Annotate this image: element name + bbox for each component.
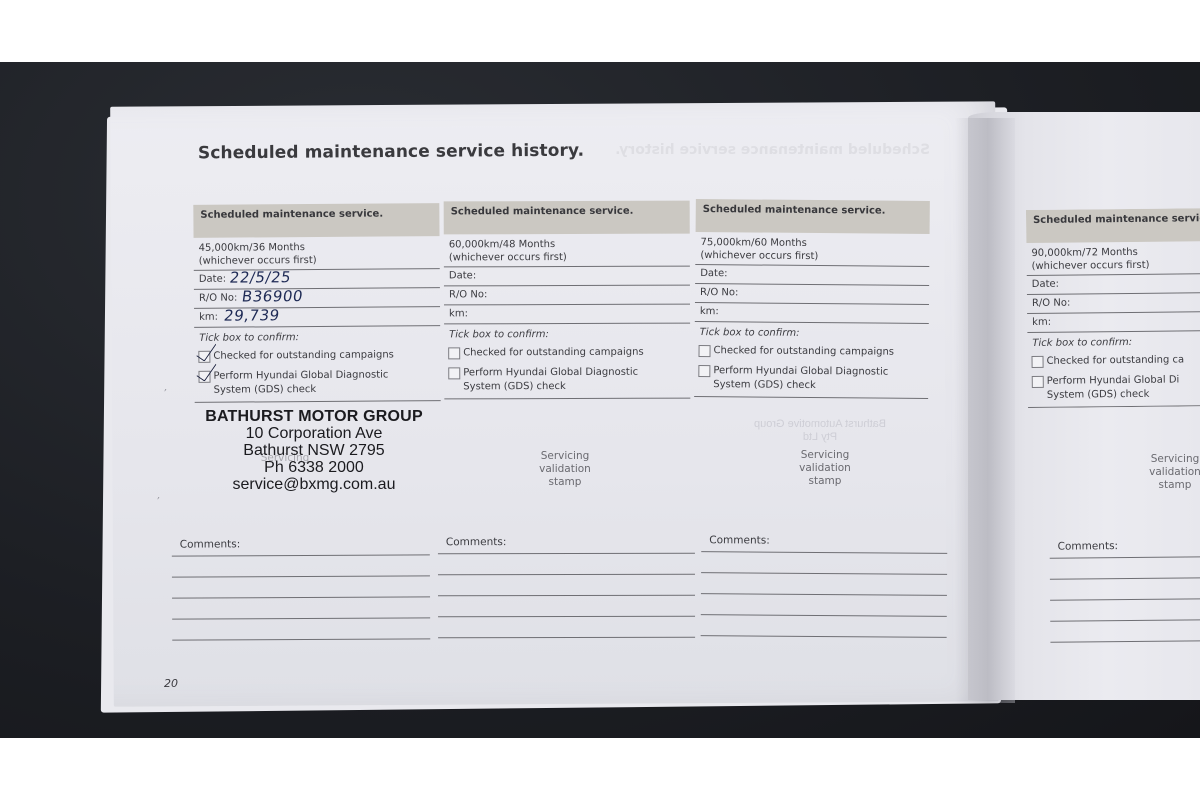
date-field[interactable]: Date:	[1027, 274, 1200, 295]
gds-label: Perform Hyundai Global DiSystem (GDS) ch…	[1047, 373, 1180, 402]
date-label: Date:	[700, 268, 727, 279]
comment-line[interactable]	[1050, 599, 1200, 621]
checkbox-empty-icon[interactable]	[698, 345, 710, 357]
dealer-city: Bathurst NSW 2795	[184, 442, 444, 459]
dealer-phone: Ph 6338 2000	[184, 459, 444, 476]
comment-line[interactable]	[701, 573, 947, 596]
comments-label: Comments:	[1050, 539, 1200, 558]
km-label: km:	[1032, 317, 1051, 328]
gds-label: Perform Hyundai Global DiagnosticSystem …	[713, 364, 888, 394]
ro-number-field[interactable]: R/O No:	[444, 286, 690, 306]
date-label: Date:	[1032, 279, 1059, 290]
bleed-through-title: Scheduled maintenance service history.	[580, 142, 930, 158]
km-label: km:	[449, 308, 468, 319]
comment-line[interactable]	[701, 615, 947, 638]
checkbox-empty-icon[interactable]	[698, 365, 710, 377]
page-title: Scheduled maintenance service history.	[198, 141, 584, 164]
service-header: Scheduled maintenance service.	[444, 201, 690, 235]
interval-note: (whichever occurs first)	[700, 249, 924, 264]
comment-line[interactable]	[701, 552, 947, 575]
pen-mark: ’	[163, 388, 166, 399]
ro-label: R/O No:	[199, 293, 237, 304]
service-header: Scheduled maintenance service.	[193, 203, 439, 238]
tick-instruction: Tick box to confirm:	[444, 324, 690, 345]
date-field[interactable]: Date:	[444, 267, 690, 287]
ro-label: R/O No:	[1032, 298, 1070, 309]
comment-line[interactable]	[172, 576, 430, 598]
comment-line[interactable]	[438, 617, 695, 638]
date-value: 22/5/25	[229, 268, 293, 286]
service-entry-75000km: Scheduled maintenance service. 75,000km/…	[694, 199, 930, 399]
stamp-placeholder: Servicing validation stamp	[520, 450, 610, 489]
comment-line[interactable]	[1050, 620, 1200, 642]
service-entry-90000km: Scheduled maintenance service 90,000km/7…	[1026, 208, 1200, 408]
comment-line[interactable]	[1050, 557, 1200, 579]
gds-check[interactable]: Perform Hyundai Global DiagnosticSystem …	[444, 364, 690, 400]
ro-number-field[interactable]: R/O No:	[1027, 293, 1200, 314]
km-label: km:	[700, 306, 719, 317]
interval-note: (whichever occurs first)	[199, 253, 435, 268]
service-header: Scheduled maintenance service	[1026, 208, 1200, 243]
dealer-name: BATHURST MOTOR GROUP	[184, 408, 444, 425]
date-field[interactable]: Date: 22/5/25	[194, 269, 440, 290]
service-interval: 60,000km/48 Months (whichever occurs fir…	[444, 234, 690, 268]
campaigns-check[interactable]: Checked for outstanding ca	[1027, 351, 1200, 373]
campaigns-check[interactable]: Checked for outstanding campaigns	[694, 342, 928, 364]
service-interval: 90,000km/72 Months (whichever occurs fir…	[1026, 241, 1200, 276]
page-number: 20	[164, 677, 178, 690]
dealer-email: service@bxmg.com.au	[184, 476, 444, 493]
km-value: 29,739	[223, 306, 281, 324]
campaigns-check[interactable]: Checked for outstanding campaigns	[444, 344, 690, 365]
comment-line[interactable]	[172, 597, 430, 619]
km-label: km:	[199, 312, 218, 323]
km-field[interactable]: km:	[444, 305, 690, 325]
comments-section[interactable]: Comments:	[1050, 539, 1200, 642]
dealer-address: 10 Corporation Ave	[184, 425, 444, 442]
comments-label: Comments:	[172, 537, 430, 556]
comments-label: Comments:	[701, 534, 947, 554]
dealer-stamp: BATHURST MOTOR GROUP 10 Corporation Ave …	[184, 408, 444, 493]
service-interval: 75,000km/60 Months (whichever occurs fir…	[695, 232, 929, 267]
checkbox-empty-icon[interactable]	[1032, 376, 1044, 388]
comments-section[interactable]: Comments:	[172, 537, 431, 640]
ro-number-field[interactable]: R/O No:	[695, 284, 929, 305]
comments-label: Comments:	[438, 536, 695, 554]
gds-check[interactable]: Perform Hyundai Global DiSystem (GDS) ch…	[1028, 371, 1200, 408]
date-label: Date:	[199, 274, 226, 285]
campaigns-label: Checked for outstanding campaigns	[213, 348, 394, 363]
ro-value: B36900	[241, 287, 304, 305]
gds-label: Perform Hyundai Global DiagnosticSystem …	[463, 366, 638, 395]
gds-label: Perform Hyundai Global DiagnosticSystem …	[213, 369, 388, 398]
checkbox-empty-icon[interactable]	[448, 367, 460, 379]
campaigns-label: Checked for outstanding ca	[1046, 353, 1184, 368]
comments-section[interactable]: Comments:	[438, 536, 695, 638]
ro-label: R/O No:	[700, 287, 738, 298]
km-field[interactable]: km:	[1027, 312, 1200, 333]
checkbox-empty-icon[interactable]	[1031, 356, 1043, 368]
date-field[interactable]: Date:	[695, 265, 929, 286]
service-entry-45000km: Scheduled maintenance service. 45,000km/…	[193, 203, 440, 403]
interval-note: (whichever occurs first)	[449, 251, 685, 265]
comment-line[interactable]	[1050, 578, 1200, 600]
interval-text: 60,000km/48 Months	[449, 238, 685, 252]
tick-instruction: Tick box to confirm:	[695, 322, 929, 344]
service-entry-60000km: Scheduled maintenance service. 60,000km/…	[444, 201, 691, 400]
comment-line[interactable]	[701, 594, 947, 617]
campaigns-label: Checked for outstanding campaigns	[463, 346, 644, 361]
checkbox-empty-icon[interactable]	[448, 347, 460, 359]
checkbox-checked-icon[interactable]	[198, 371, 210, 383]
campaigns-label: Checked for outstanding campaigns	[713, 344, 894, 360]
bleed-through-stamp: Bathurst Automotive Group Pty Ltd	[700, 418, 940, 444]
interval-note: (whichever occurs first)	[1031, 258, 1200, 273]
campaigns-check[interactable]: Checked for outstanding campaigns	[194, 346, 440, 368]
stamp-placeholder: Servicing validation stamp	[780, 449, 870, 488]
km-field[interactable]: km:	[695, 303, 929, 324]
pen-mark: ’	[156, 496, 159, 507]
comment-line[interactable]	[172, 555, 430, 577]
stamp-placeholder: Servicing validation stamp	[1130, 453, 1200, 492]
tick-instruction: Tick box to confirm:	[194, 326, 440, 348]
comment-line[interactable]	[172, 618, 430, 640]
service-header: Scheduled maintenance service.	[696, 199, 930, 234]
comment-line[interactable]	[438, 554, 695, 575]
comments-section[interactable]: Comments:	[701, 534, 948, 638]
km-field[interactable]: km: 29,739	[194, 307, 440, 328]
ro-label: R/O No:	[449, 289, 487, 300]
comment-line[interactable]	[438, 575, 695, 596]
comment-line[interactable]	[438, 596, 695, 617]
date-label: Date:	[449, 270, 476, 281]
service-interval: 45,000km/36 Months (whichever occurs fir…	[194, 236, 440, 271]
gds-check[interactable]: Perform Hyundai Global DiagnosticSystem …	[694, 362, 928, 399]
gds-check[interactable]: Perform Hyundai Global DiagnosticSystem …	[194, 366, 440, 403]
tick-instruction: Tick box to confirm:	[1027, 331, 1200, 353]
booklet-spine	[955, 118, 1015, 703]
